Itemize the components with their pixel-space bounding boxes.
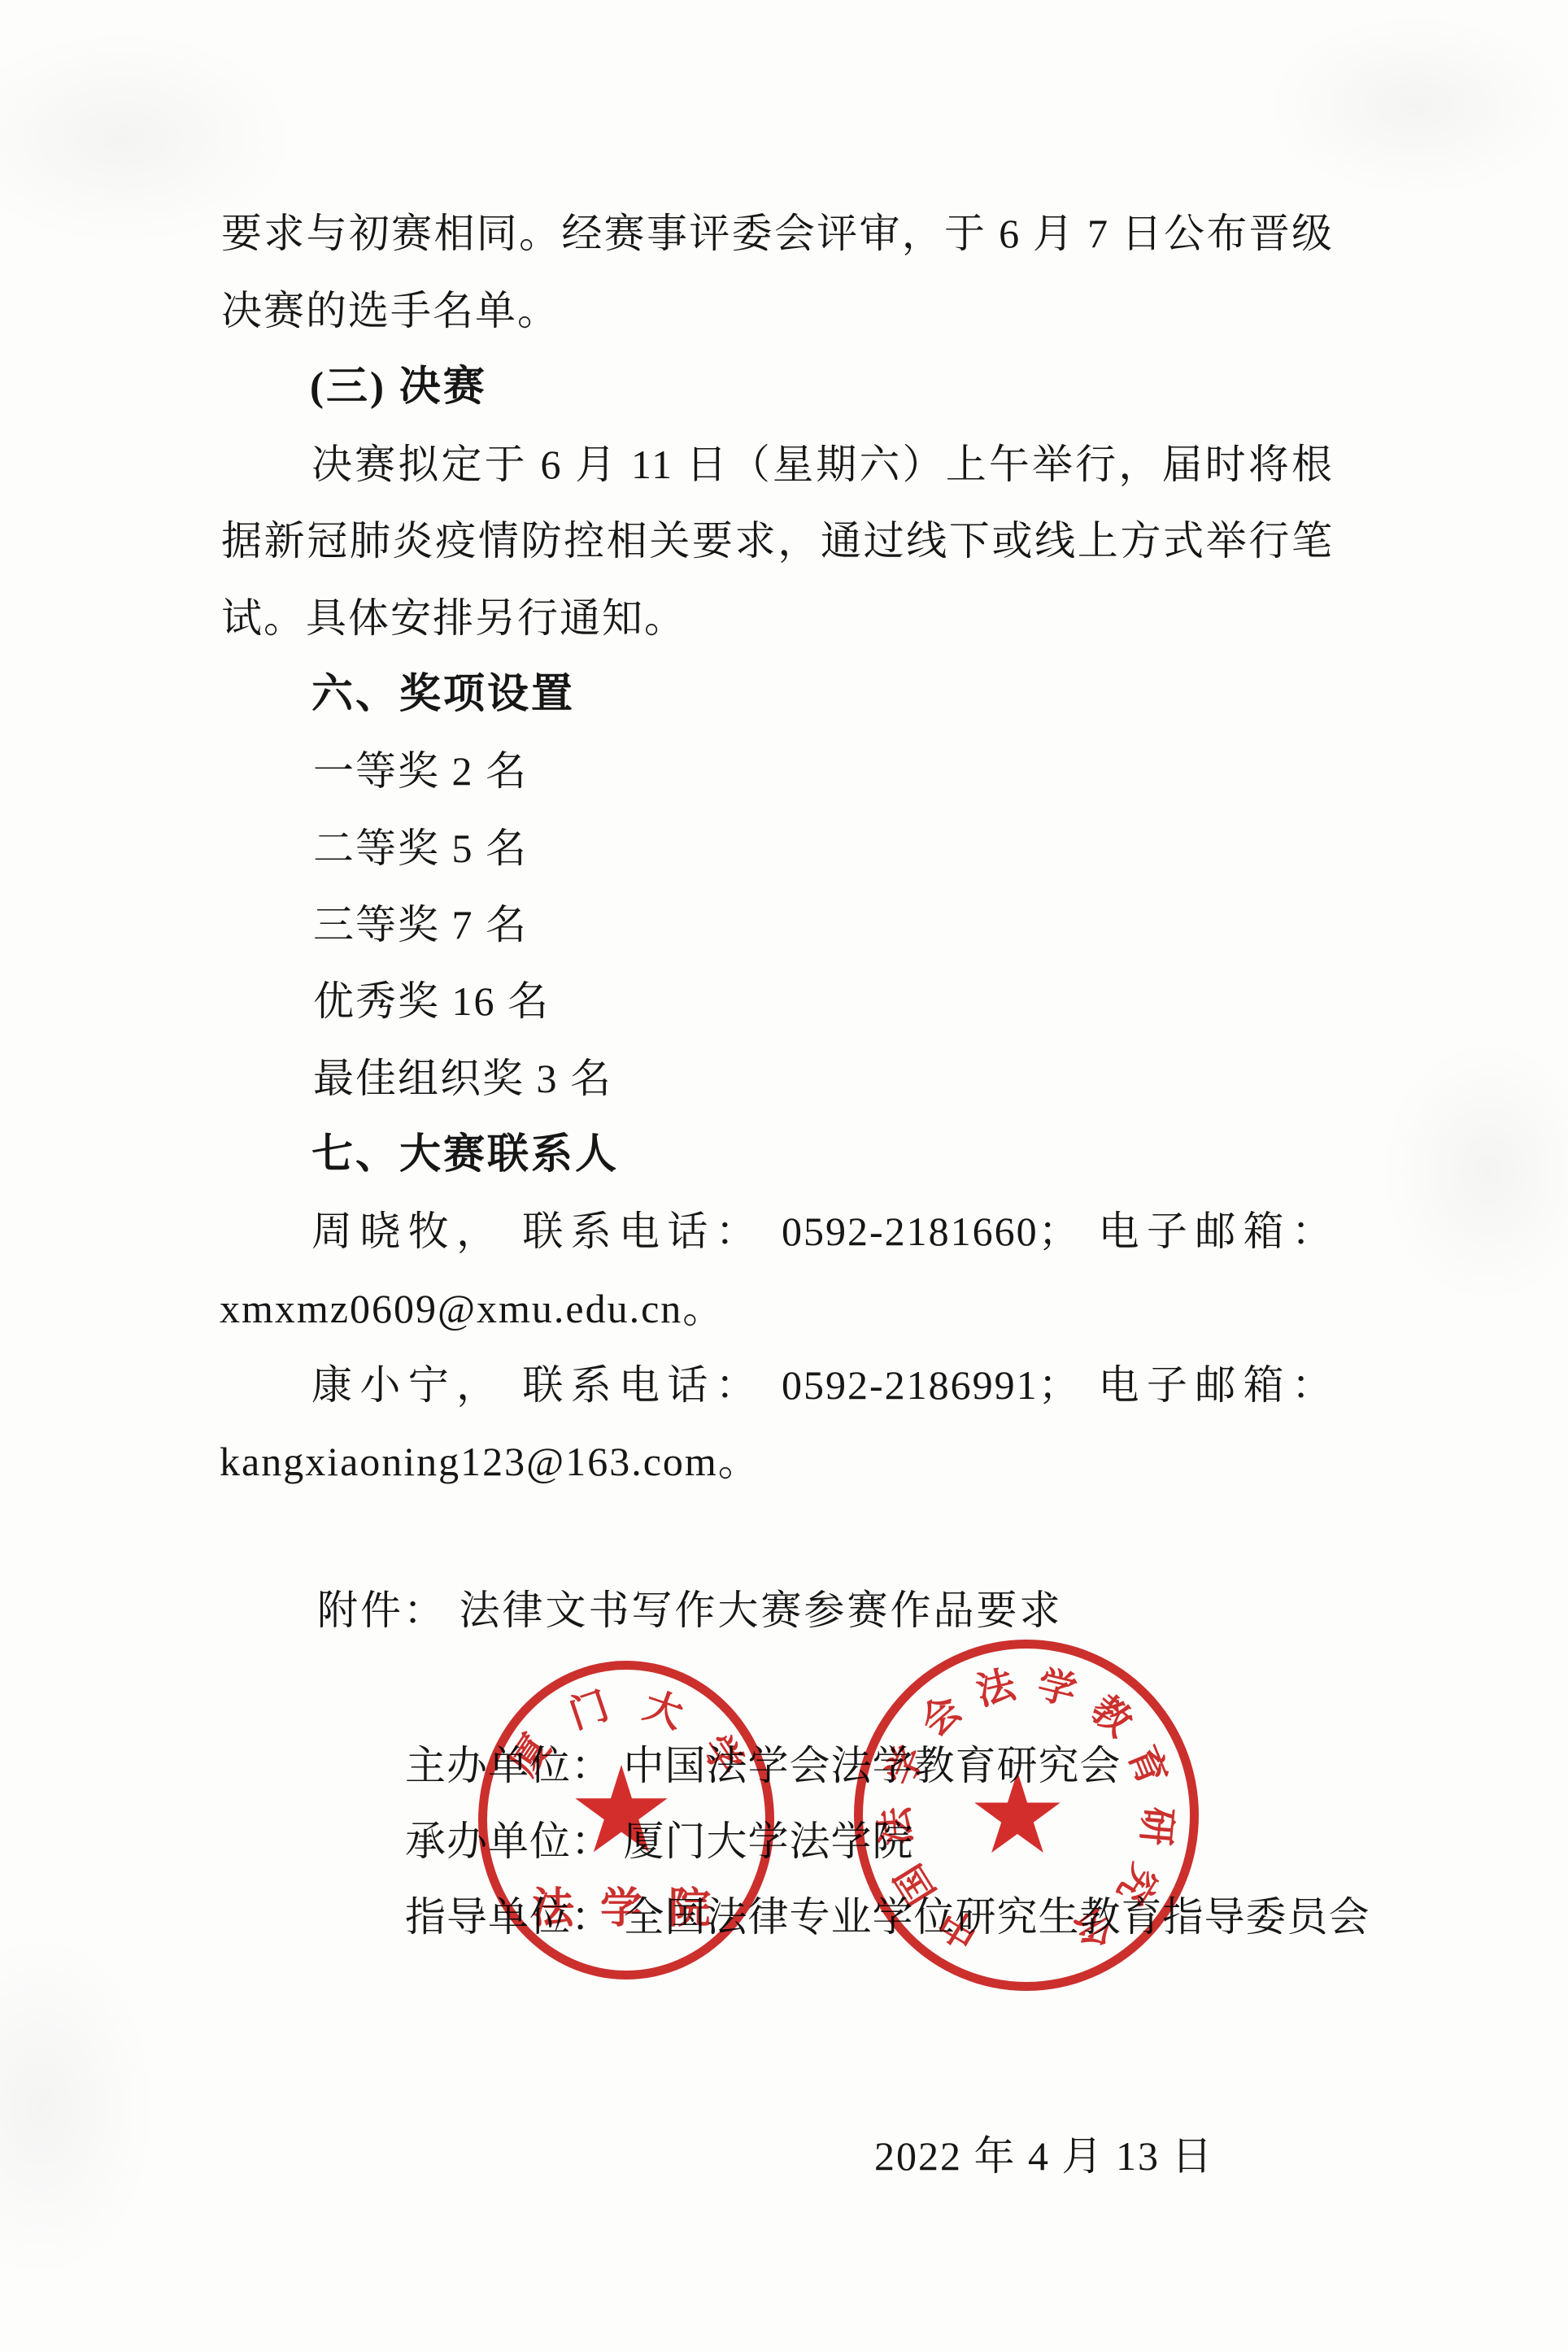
stamp-arc-char: 会 — [912, 1687, 971, 1746]
stamp-arc-char: 教 — [1082, 1687, 1141, 1746]
stamp-arc-char: 育 — [1119, 1738, 1174, 1793]
award-line: 一等奖 2 名 — [313, 746, 528, 796]
document-date: 2022 年 4 月 13 日 — [874, 2131, 1214, 2181]
section-heading: 七、大赛联系人 — [311, 1130, 619, 1180]
body-line: 试。具体安排另行通知。 — [221, 593, 686, 643]
body-line: 决赛的选手名单。 — [221, 285, 560, 336]
stamp-arc-char: 大 — [636, 1684, 690, 1738]
stamp-arc-char: 国 — [886, 1855, 945, 1914]
body-line: 要求与初赛相同。经赛事评委会评审，于 6 月 7 日公布晋级 — [221, 208, 1334, 259]
contact-email: kangxiaoning123@163.com。 — [220, 1436, 760, 1487]
stamp-arc-char: 研 — [1133, 1803, 1178, 1849]
award-line: 优秀奖 16 名 — [313, 976, 550, 1026]
china-law-society-legal-education-research-seal: 中国法学会法学教育研究会 — [854, 1640, 1199, 1991]
stamp-arc-char: 厦 — [501, 1727, 560, 1785]
seal-arc-text: 中国法学会法学教育研究会 — [854, 1640, 1199, 1991]
stamp-arc-char: 门 — [563, 1684, 616, 1738]
scan-artifact — [0, 1936, 155, 2277]
xiamen-university-law-school-seal: 厦门大学 法学院 — [478, 1661, 774, 1980]
section-heading: 六、奖项设置 — [311, 669, 575, 720]
stamp-arc-char: 学 — [693, 1727, 751, 1785]
award-line: 二等奖 5 名 — [313, 823, 528, 873]
seal-bottom-text: 法学院 — [532, 1874, 737, 1935]
attachment-line: 附件： 法律文书写作大赛参赛作品要求 — [317, 1585, 1063, 1636]
body-line: 据新冠肺炎疫情防控相关要求，通过线下或线上方式举行笔 — [221, 516, 1334, 566]
section-heading: (三) 决赛 — [310, 362, 487, 412]
stamp-arc-char: 法 — [970, 1663, 1021, 1714]
scan-artifact — [1383, 1041, 1568, 1301]
award-line: 三等奖 7 名 — [313, 899, 528, 950]
stamp-arc-char: 中 — [930, 1897, 988, 1955]
contact-email: xmxmz0609@xmu.edu.cn。 — [220, 1283, 725, 1334]
scan-artifact — [1269, 16, 1561, 195]
stamp-arc-char: 会 — [1065, 1897, 1122, 1955]
stamp-arc-char: 学 — [1031, 1663, 1082, 1714]
body-line: 决赛拟定于 6 月 11 日（星期六）上午举行，届时将根 — [311, 439, 1334, 490]
scanned-document-page: 要求与初赛相同。经赛事评委会评审，于 6 月 7 日公布晋级 决赛的选手名单。 … — [0, 0, 1568, 2352]
contact-line: 周晓牧， 联系电话： 0592-2181660； 电子邮箱： — [311, 1206, 1334, 1257]
contact-line: 康小宁， 联系电话： 0592-2186991； 电子邮箱： — [311, 1360, 1334, 1410]
award-line: 最佳组织奖 3 名 — [313, 1053, 612, 1104]
stamp-arc-char: 究 — [1108, 1855, 1166, 1914]
stamp-arc-char: 法 — [873, 1803, 919, 1849]
stamp-arc-char: 学 — [878, 1738, 934, 1793]
